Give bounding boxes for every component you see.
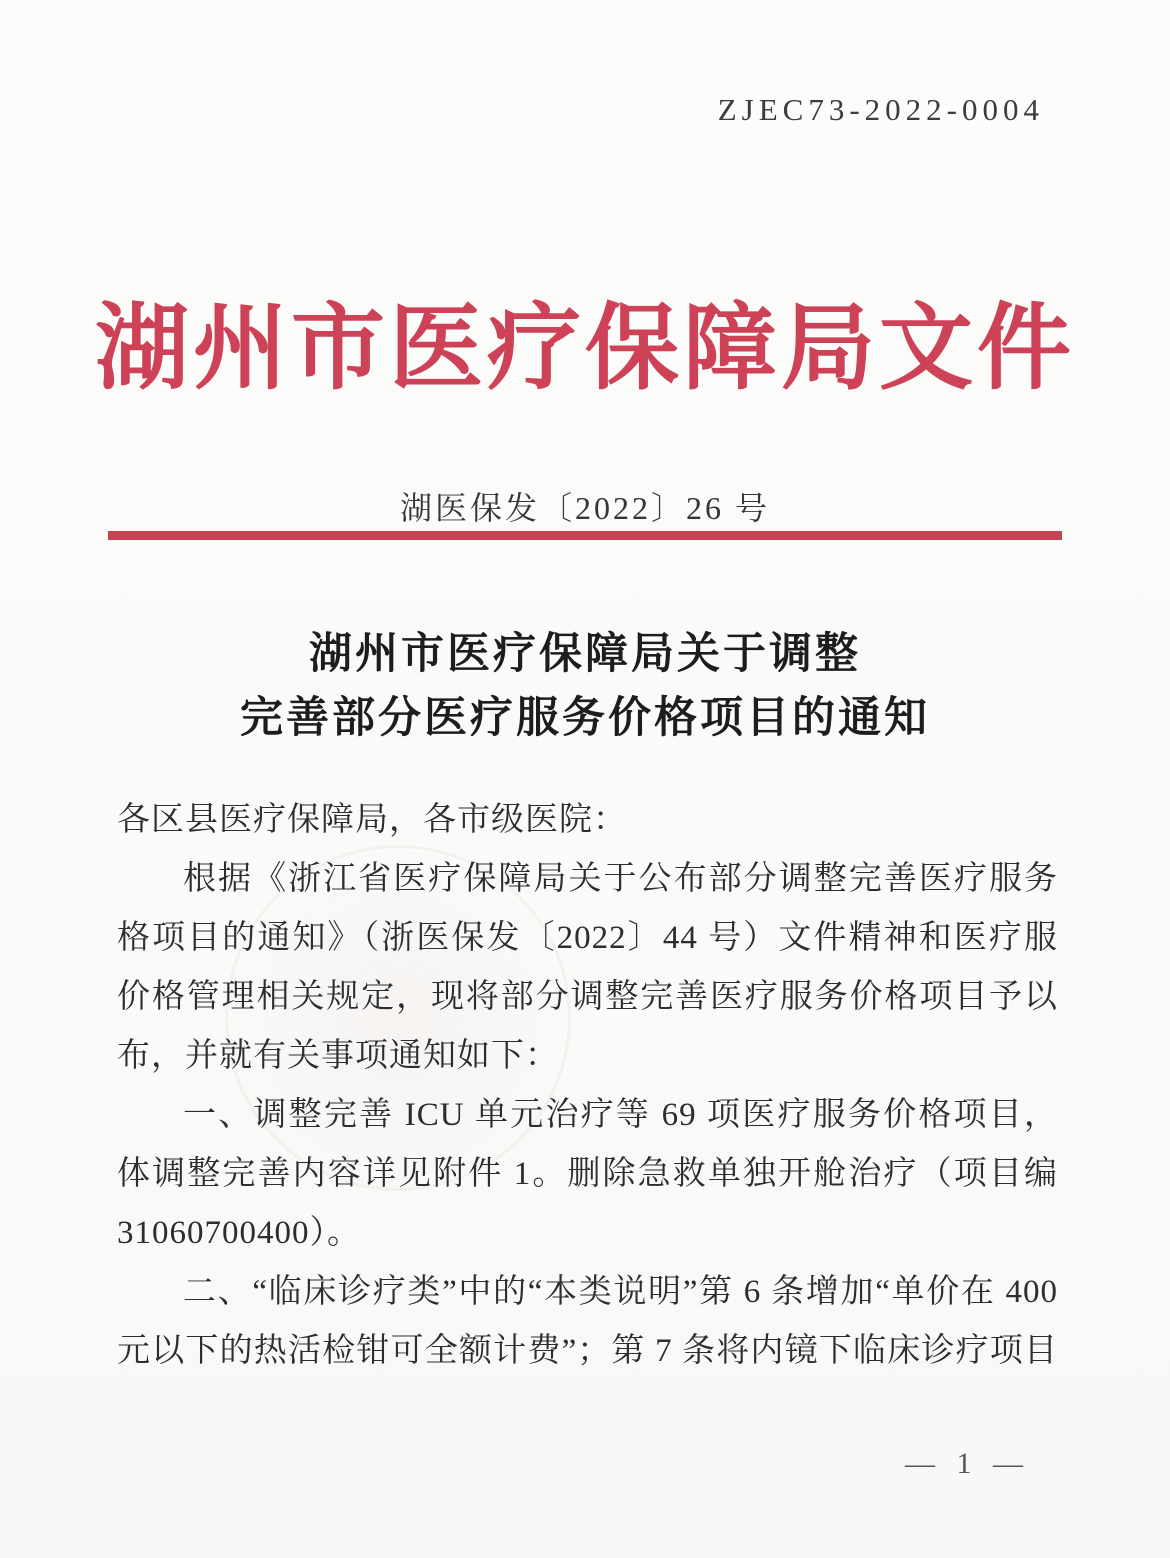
body-line: 31060700400）。: [117, 1204, 1058, 1263]
page-number: — 1 —: [905, 1447, 1030, 1481]
body-line: 布，并就有关事项通知如下：: [117, 1027, 1058, 1086]
document-title: 湖州市医疗保障局关于调整 完善部分医疗服务价格项目的通知: [0, 623, 1170, 751]
document-number: 湖医保发〔2022〕26 号: [0, 483, 1170, 529]
body-line: 体调整完善内容详见附件 1。删除急救单独开舱治疗（项目编码：: [117, 1145, 1058, 1204]
body-line-item-2: 二、“临床诊疗类”中的“本类说明”第 6 条增加“单价在 400: [117, 1263, 1058, 1322]
agency-masthead: 湖州市医疗保障局文件: [0, 272, 1170, 407]
body-line: 价格管理相关规定，现将部分调整完善医疗服务价格项目予以公: [117, 968, 1058, 1027]
body-line-item-1: 一、调整完善 ICU 单元治疗等 69 项医疗服务价格项目，具: [117, 1086, 1058, 1145]
document-title-line-2: 完善部分医疗服务价格项目的通知: [0, 687, 1170, 751]
document-title-line-1: 湖州市医疗保障局关于调整: [0, 623, 1170, 687]
body-line: 格项目的通知》（浙医保发〔2022〕44 号）文件精神和医疗服务: [117, 909, 1058, 968]
red-divider-rule: [108, 531, 1062, 540]
body-line: 元以下的热活检钳可全额计费”；第 7 条将内镜下临床诊疗项目: [117, 1322, 1058, 1381]
document-body: 各区县医疗保障局，各市级医院： 根据《浙江省医疗保障局关于公布部分调整完善医疗服…: [117, 791, 1058, 1381]
body-line: 根据《浙江省医疗保障局关于公布部分调整完善医疗服务价: [117, 850, 1058, 909]
document-reference-code: ZJEC73-2022-0004: [718, 92, 1044, 128]
body-line-salutation: 各区县医疗保障局，各市级医院：: [117, 791, 1058, 850]
